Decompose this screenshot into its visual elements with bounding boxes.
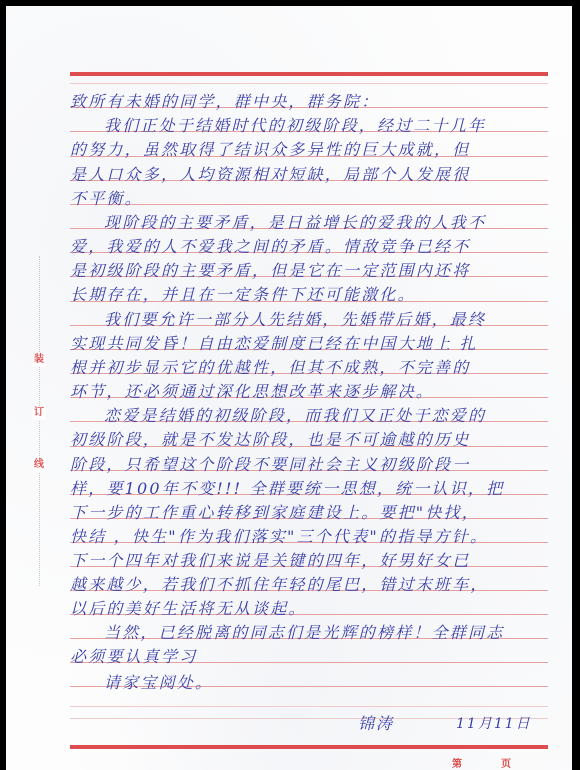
letter-line: 是人口众多，人均资源相对短缺，局部个人发展很 (70, 163, 470, 187)
date: 11月11日 (456, 713, 532, 733)
letter-line: 的努力，虽然取得了结识众多异性的巨大成就，但 (70, 138, 470, 162)
binding-dotted-line (39, 256, 40, 586)
letter-line: 不平衡。 (70, 187, 143, 211)
page-label-suffix: 页 (501, 755, 511, 770)
binding-char: 装 (32, 353, 46, 367)
salutation: 致所有未婚的同学，群中央，群务院： (70, 90, 379, 114)
letter-line: 爱，我爱的人不爱我之间的矛盾。情敌竞争已经不 (70, 235, 470, 259)
letter-line: 现阶段的主要矛盾，是日益增长的爱我的人我不 (70, 211, 486, 235)
ruled-line (70, 706, 548, 707)
letter-line: 我们要允许一部分人先结婚，先婚带后婚，最终 (70, 308, 486, 332)
bottom-thick-rule (70, 745, 548, 749)
binding-char: 线 (32, 458, 46, 472)
letter-line: 根并初步显示它的优越性，但其不成熟，不完善的 (70, 356, 470, 380)
letter-line: 恋爱是结婚的初级阶段，而我们又正处于恋爱的 (70, 404, 486, 428)
letter-line: 环节，还必须通过深化思想改革来逐步解决。 (70, 380, 434, 404)
letter-paper: 装 订 线 致所有未婚的同学，群中央，群务院： 我们正处于结婚时代的初级阶段，经… (6, 6, 572, 770)
signature: 锦涛 (358, 711, 394, 734)
letter-line: 下一个四年对我们来说是关键的四年，好男好女已 (70, 549, 470, 573)
letter-line: 长期存在，并且在一定条件下还可能激化。 (70, 283, 416, 307)
letter-line: 必须要认真学习 (70, 645, 197, 669)
letter-line: 阶段，只希望这个阶段不要同社会主义初级阶段一 (70, 453, 470, 477)
closing-line: 请家宝阅处。 (70, 671, 213, 695)
binding-char: 订 (32, 406, 46, 420)
letter-line: 是初级阶段的主要矛盾，但是它在一定范围内还将 (70, 259, 470, 283)
letter-line: 当然，已经脱离的同志们是光辉的榜样！全群同志 (70, 621, 504, 645)
letter-line: 实现共同发昏！自由恋爱制度已经在中国大地上 扎 (70, 332, 478, 356)
letter-line: 我们正处于结婚时代的初级阶段，经过二十几年 (70, 114, 486, 138)
letter-line: 下一步的工作重心转移到家庭建设上。要把"快找， (70, 501, 480, 525)
ruled-line (70, 83, 548, 84)
letter-line: 越来越少，若我们不抓住年轻的尾巴，错过末班车， (70, 573, 489, 597)
letter-line: 快结 ，快生"作为我们落实"三个代表"的指导方针。 (70, 525, 488, 549)
page-label-prefix: 第 (452, 755, 462, 770)
letter-line: 样，要100年不变!!! 全群要统一思想，统一认识，把 (70, 477, 504, 501)
letter-line: 初级阶段，就是不发达阶段，也是不可逾越的历史 (70, 428, 470, 452)
letter-line: 以后的美好生活将无从谈起。 (70, 597, 307, 621)
top-thick-rule (70, 72, 548, 76)
